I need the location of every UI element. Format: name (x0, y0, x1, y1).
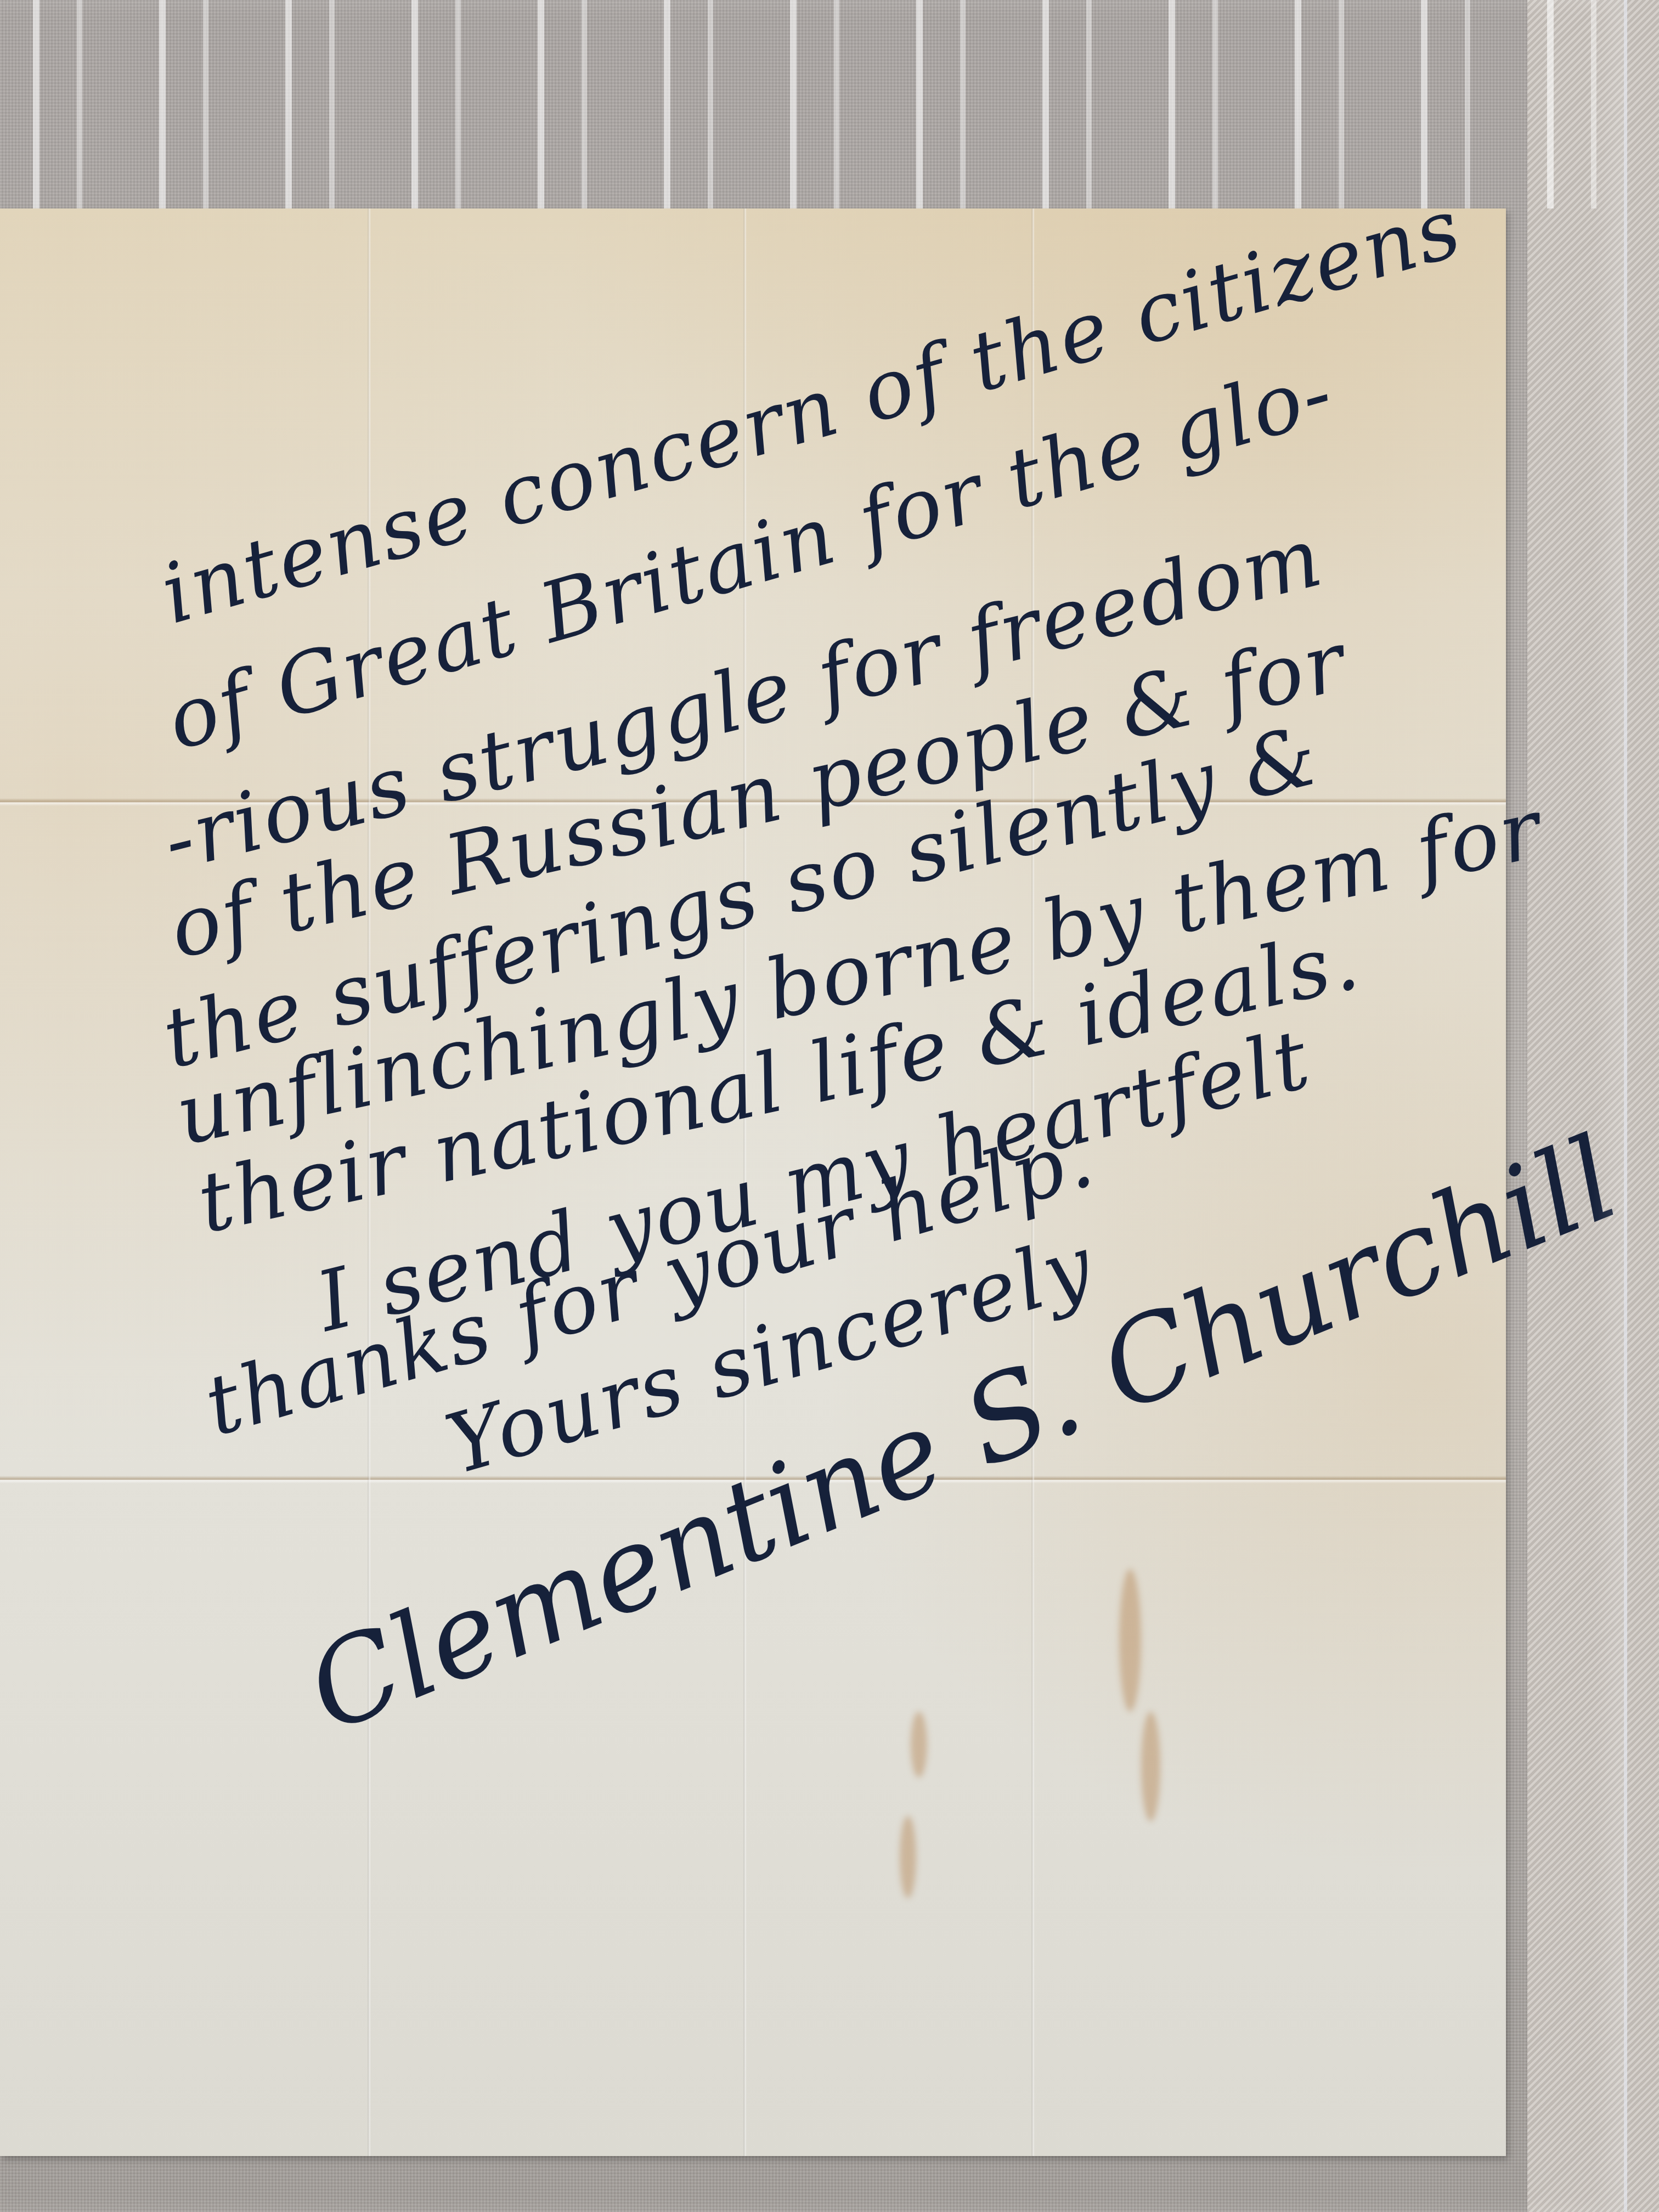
foxing-stain (1119, 1569, 1141, 1712)
foxing-stain (1141, 1712, 1160, 1821)
foxing-stain (900, 1816, 916, 1898)
foxing-stain (911, 1712, 927, 1778)
linen-background (1527, 0, 1659, 2212)
plastic-sleeve-top (0, 0, 1624, 208)
